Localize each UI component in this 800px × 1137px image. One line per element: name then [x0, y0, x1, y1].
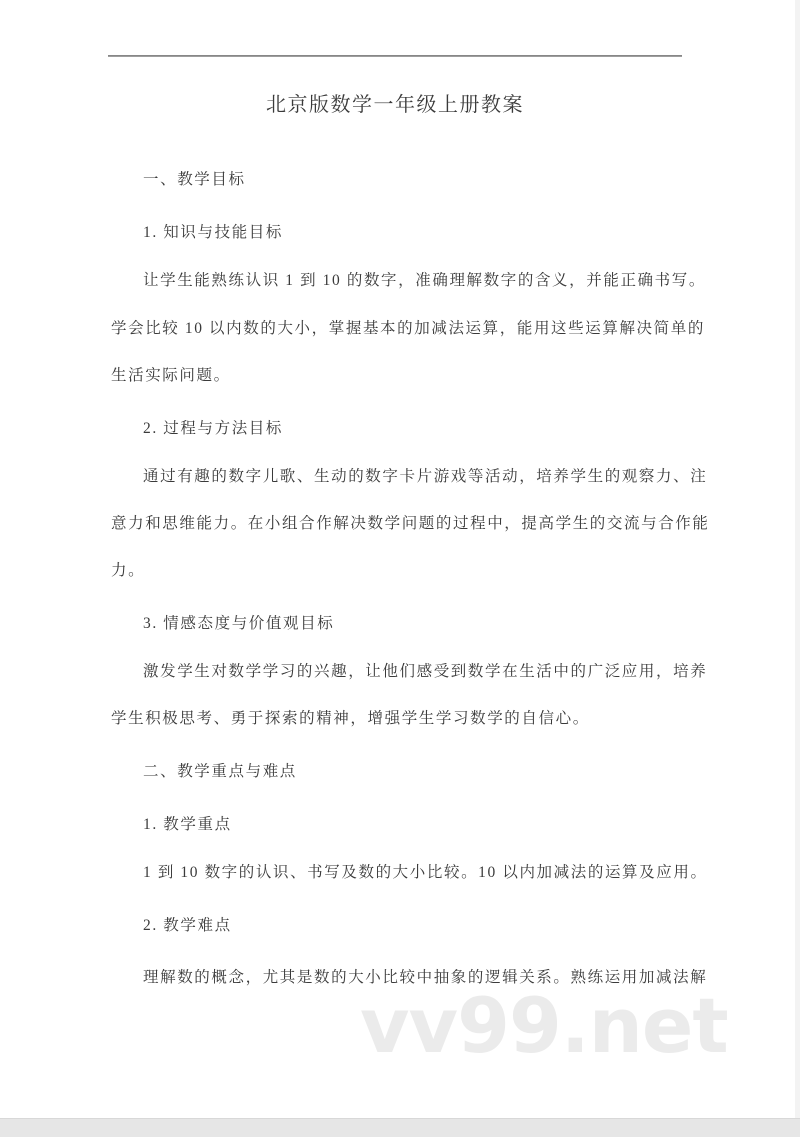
doc-line: 学会比较 10 以内数的大小，掌握基本的加减法运算，能用这些运算解决简单的 — [111, 319, 705, 338]
doc-line: 通过有趣的数字儿歌、生动的数字卡片游戏等活动，培养学生的观察力、注 — [143, 467, 707, 486]
doc-line: 意力和思维能力。在小组合作解决数学问题的过程中，提高学生的交流与合作能 — [111, 514, 710, 533]
doc-line: 力。 — [111, 561, 145, 580]
doc-line-heading: 3. 情感态度与价值观目标 — [143, 614, 334, 633]
doc-line-heading: 2. 教学难点 — [143, 916, 232, 935]
doc-line: 学生积极思考、勇于探索的精神，增强学生学习数学的自信心。 — [111, 709, 590, 728]
doc-title: 北京版数学一年级上册教案 — [108, 88, 682, 117]
doc-line-heading: 二、教学重点与难点 — [143, 762, 297, 781]
header-divider — [108, 55, 682, 57]
doc-line: 让学生能熟练认识 1 到 10 的数字，准确理解数字的含义，并能正确书写。 — [143, 271, 706, 290]
page-right-edge — [795, 0, 800, 1119]
doc-line: 生活实际问题。 — [111, 366, 231, 385]
doc-line: 1 到 10 数字的认识、书写及数的大小比较。10 以内加减法的运算及应用。 — [143, 863, 708, 882]
doc-line-heading: 1. 知识与技能目标 — [143, 223, 283, 242]
doc-line-heading: 一、教学目标 — [143, 170, 246, 189]
document-page: 北京版数学一年级上册教案 一、教学目标 1. 知识与技能目标 让学生能熟练认识 … — [0, 0, 800, 1137]
doc-line: 激发学生对数学学习的兴趣，让他们感受到数学在生活中的广泛应用，培养 — [143, 662, 707, 681]
viewer-bottom-band — [0, 1118, 800, 1137]
doc-line-heading: 2. 过程与方法目标 — [143, 419, 283, 438]
doc-line-heading: 1. 教学重点 — [143, 815, 232, 834]
watermark: vv99.net — [360, 988, 728, 1064]
